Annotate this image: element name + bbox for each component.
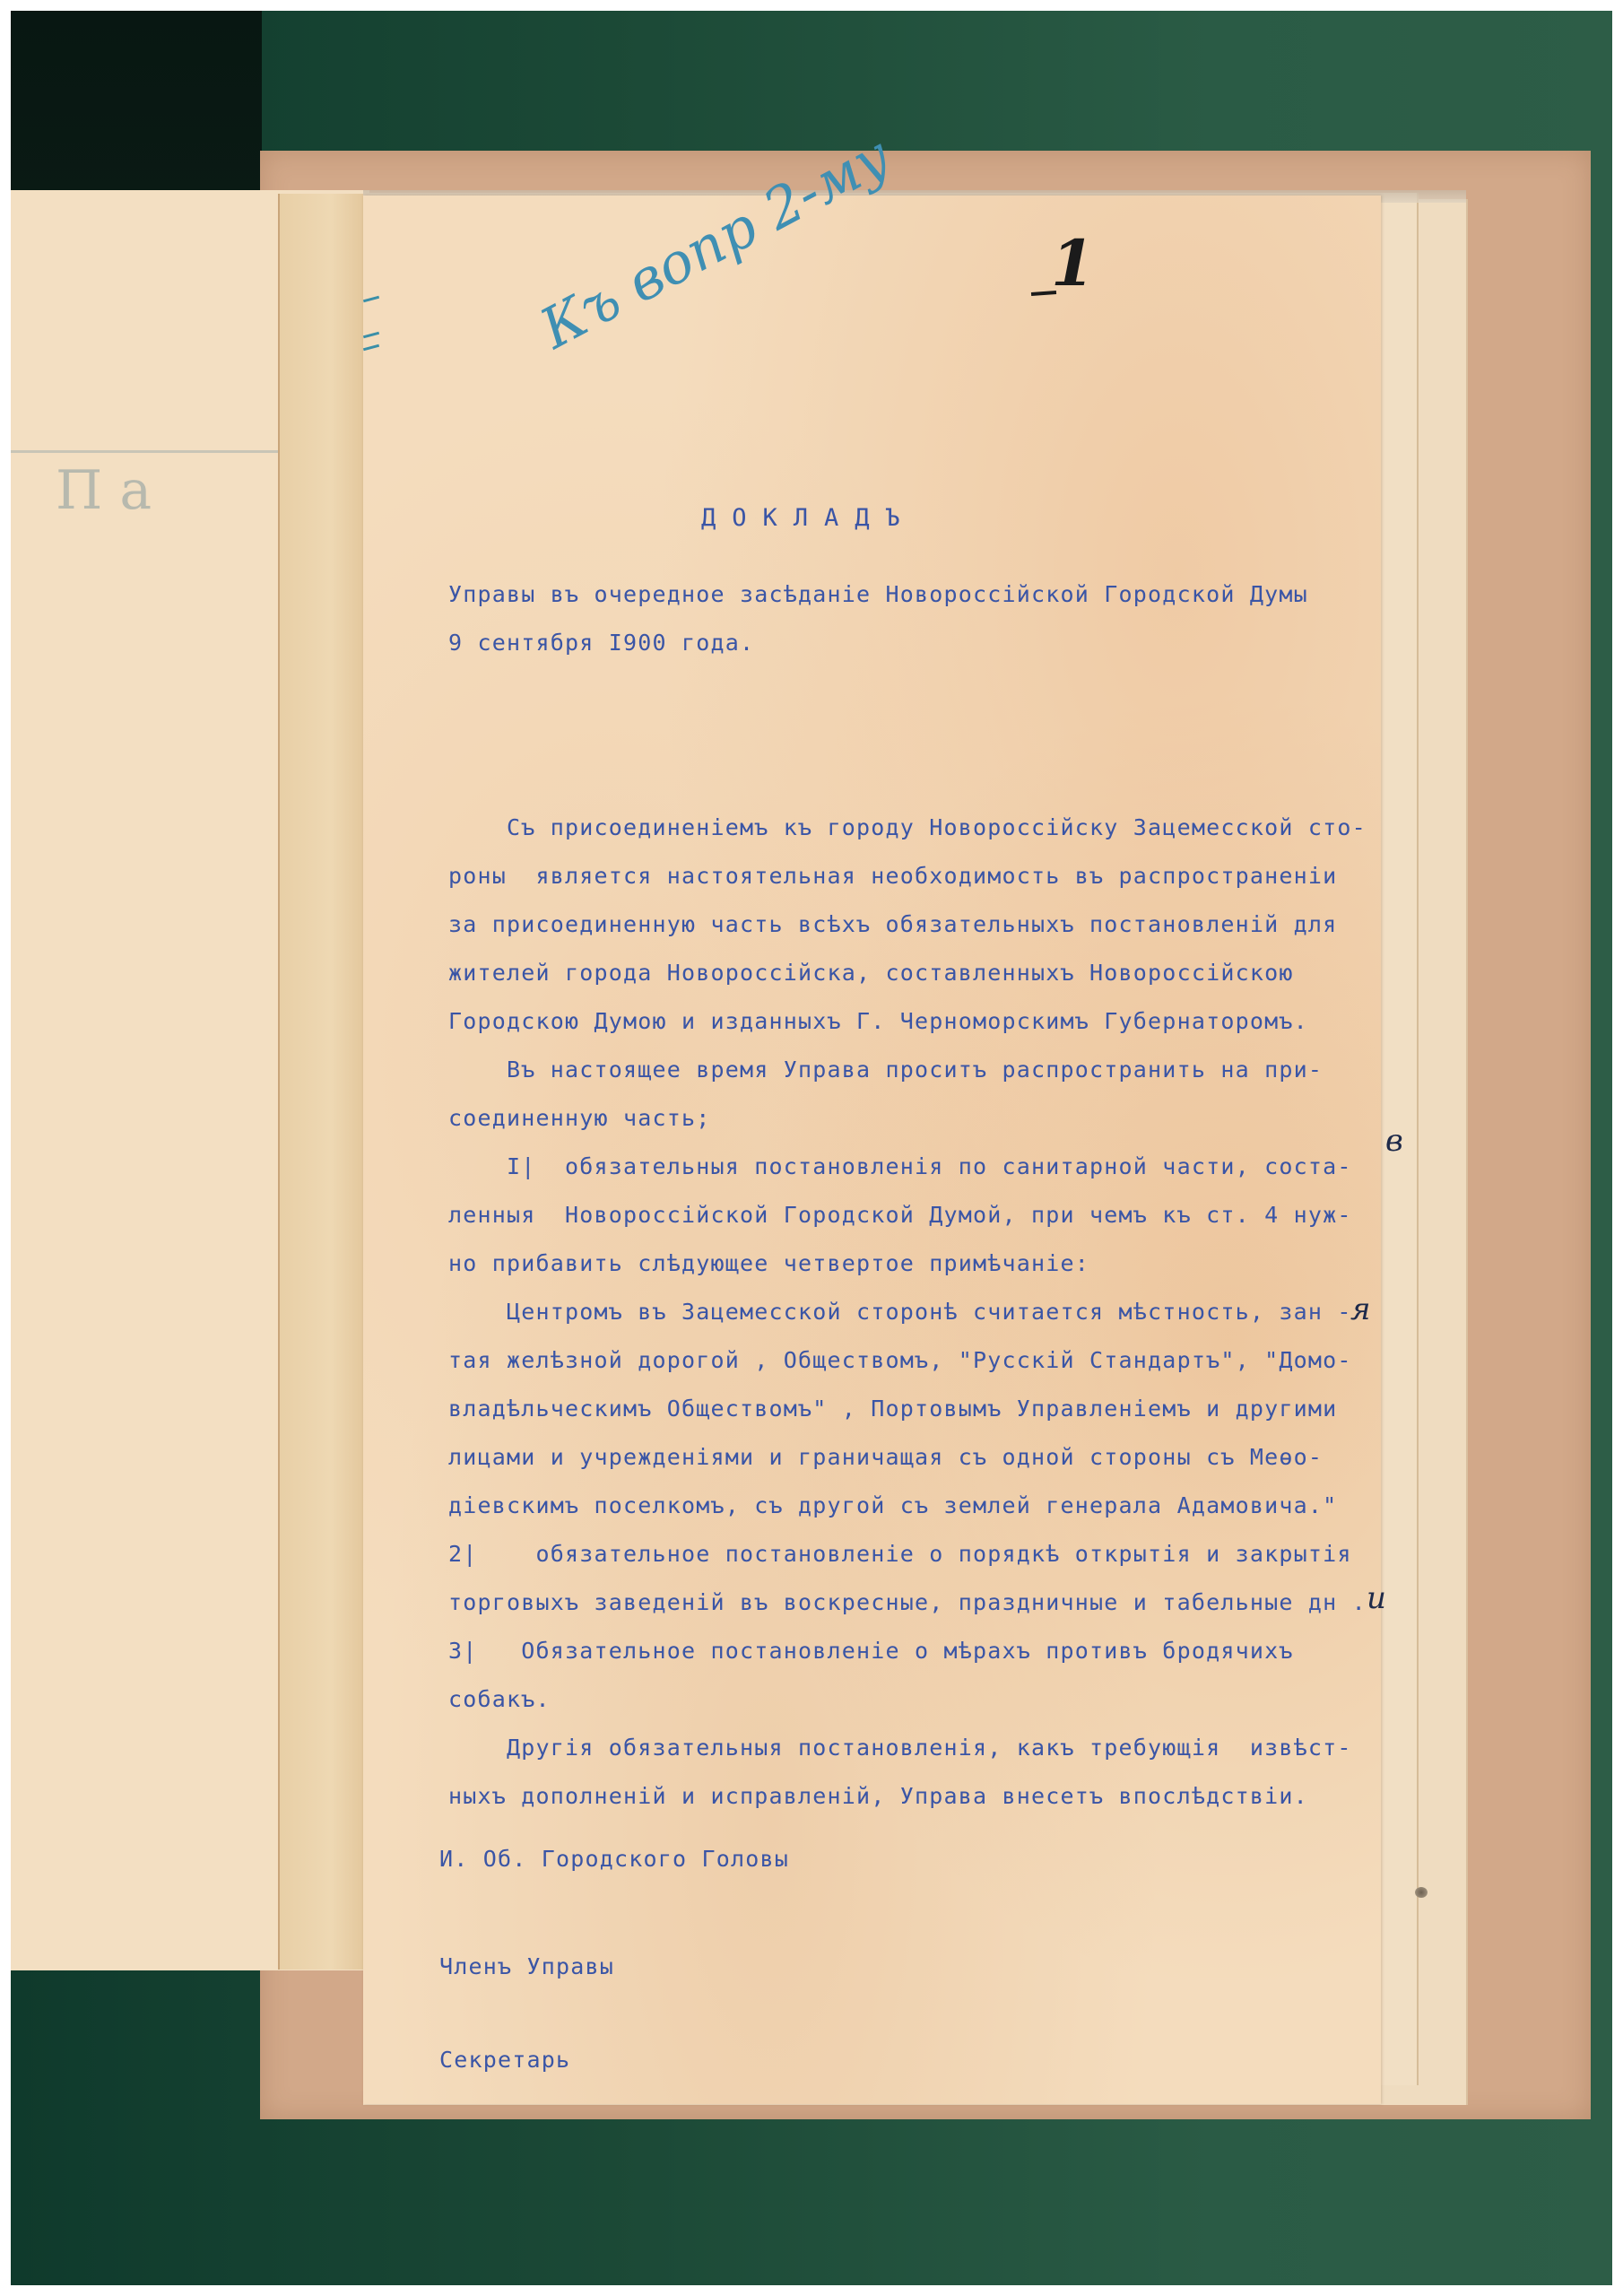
signature-line: Секретарь (439, 2047, 570, 2073)
handwritten-correction: я (1350, 1291, 1371, 1327)
page-number: 1 (1051, 226, 1095, 300)
body-line: Въ настоящее время Управа проситъ распро… (448, 1057, 1323, 1083)
subtitle-line: Управы въ очередное засѣданіе Новороссій… (448, 581, 1308, 607)
body-line: Центромъ въ Зацемесской сторонѣ считаетс… (448, 1299, 1352, 1325)
body-line: Съ присоединеніемъ къ городу Новороссійс… (448, 814, 1367, 840)
scan-shadow (11, 11, 262, 217)
body-line: I| обязательныя постановленія по санитар… (448, 1153, 1352, 1179)
body-line: роны является настоятельная необходимост… (448, 863, 1337, 889)
ghost-rule (11, 450, 280, 453)
body-line: тая желѣзной дорогой , Обществомъ, "Русс… (448, 1347, 1352, 1373)
body-line: но прибавить слѣдующее четвертое примѣча… (448, 1250, 1089, 1276)
body-line: ныхъ дополненій и исправленій, Управа вн… (448, 1783, 1308, 1809)
bleed-through-text: П а (56, 459, 152, 522)
body-line: Городскою Думою и изданныхъ Г. Черноморс… (448, 1008, 1308, 1034)
binding-spine (278, 194, 365, 1970)
body-line: собакъ. (448, 1686, 551, 1712)
body-line: лицами и учрежденіями и граничащая съ од… (448, 1444, 1323, 1470)
handwritten-correction: и (1367, 1580, 1386, 1616)
body-line: Другія обязательныя постановленія, какъ … (448, 1735, 1352, 1761)
body-line: 3| Обязательное постановленіе о мѣрахъ п… (448, 1638, 1294, 1664)
body-line: торговыхъ заведеній въ воскресные, празд… (448, 1589, 1367, 1615)
subtitle-line: 9 сентября I900 года. (448, 630, 754, 656)
body-line: владѣльческимъ Обществомъ" , Портовымъ У… (448, 1396, 1337, 1422)
document-page (363, 196, 1381, 2104)
signature-line: И. Об. Городского Головы (439, 1846, 789, 1872)
body-line: діевскимъ поселкомъ, съ другой съ землей… (448, 1492, 1337, 1518)
body-line: 2| обязательное постановленіе о порядкѣ … (448, 1541, 1352, 1567)
pin-hole (1415, 1887, 1428, 1898)
body-line: ленныя Новороссійской Городской Думой, п… (448, 1202, 1352, 1228)
handwritten-correction: в (1385, 1123, 1403, 1159)
document-title: ДОКЛАДЪ (701, 504, 916, 532)
body-line: жителей города Новороссійска, составленн… (448, 960, 1294, 986)
body-line: за присоединенную часть всѣхъ обязательн… (448, 911, 1337, 937)
signature-line: Членъ Управы (439, 1953, 614, 1979)
body-line: соединенную часть; (448, 1105, 711, 1131)
